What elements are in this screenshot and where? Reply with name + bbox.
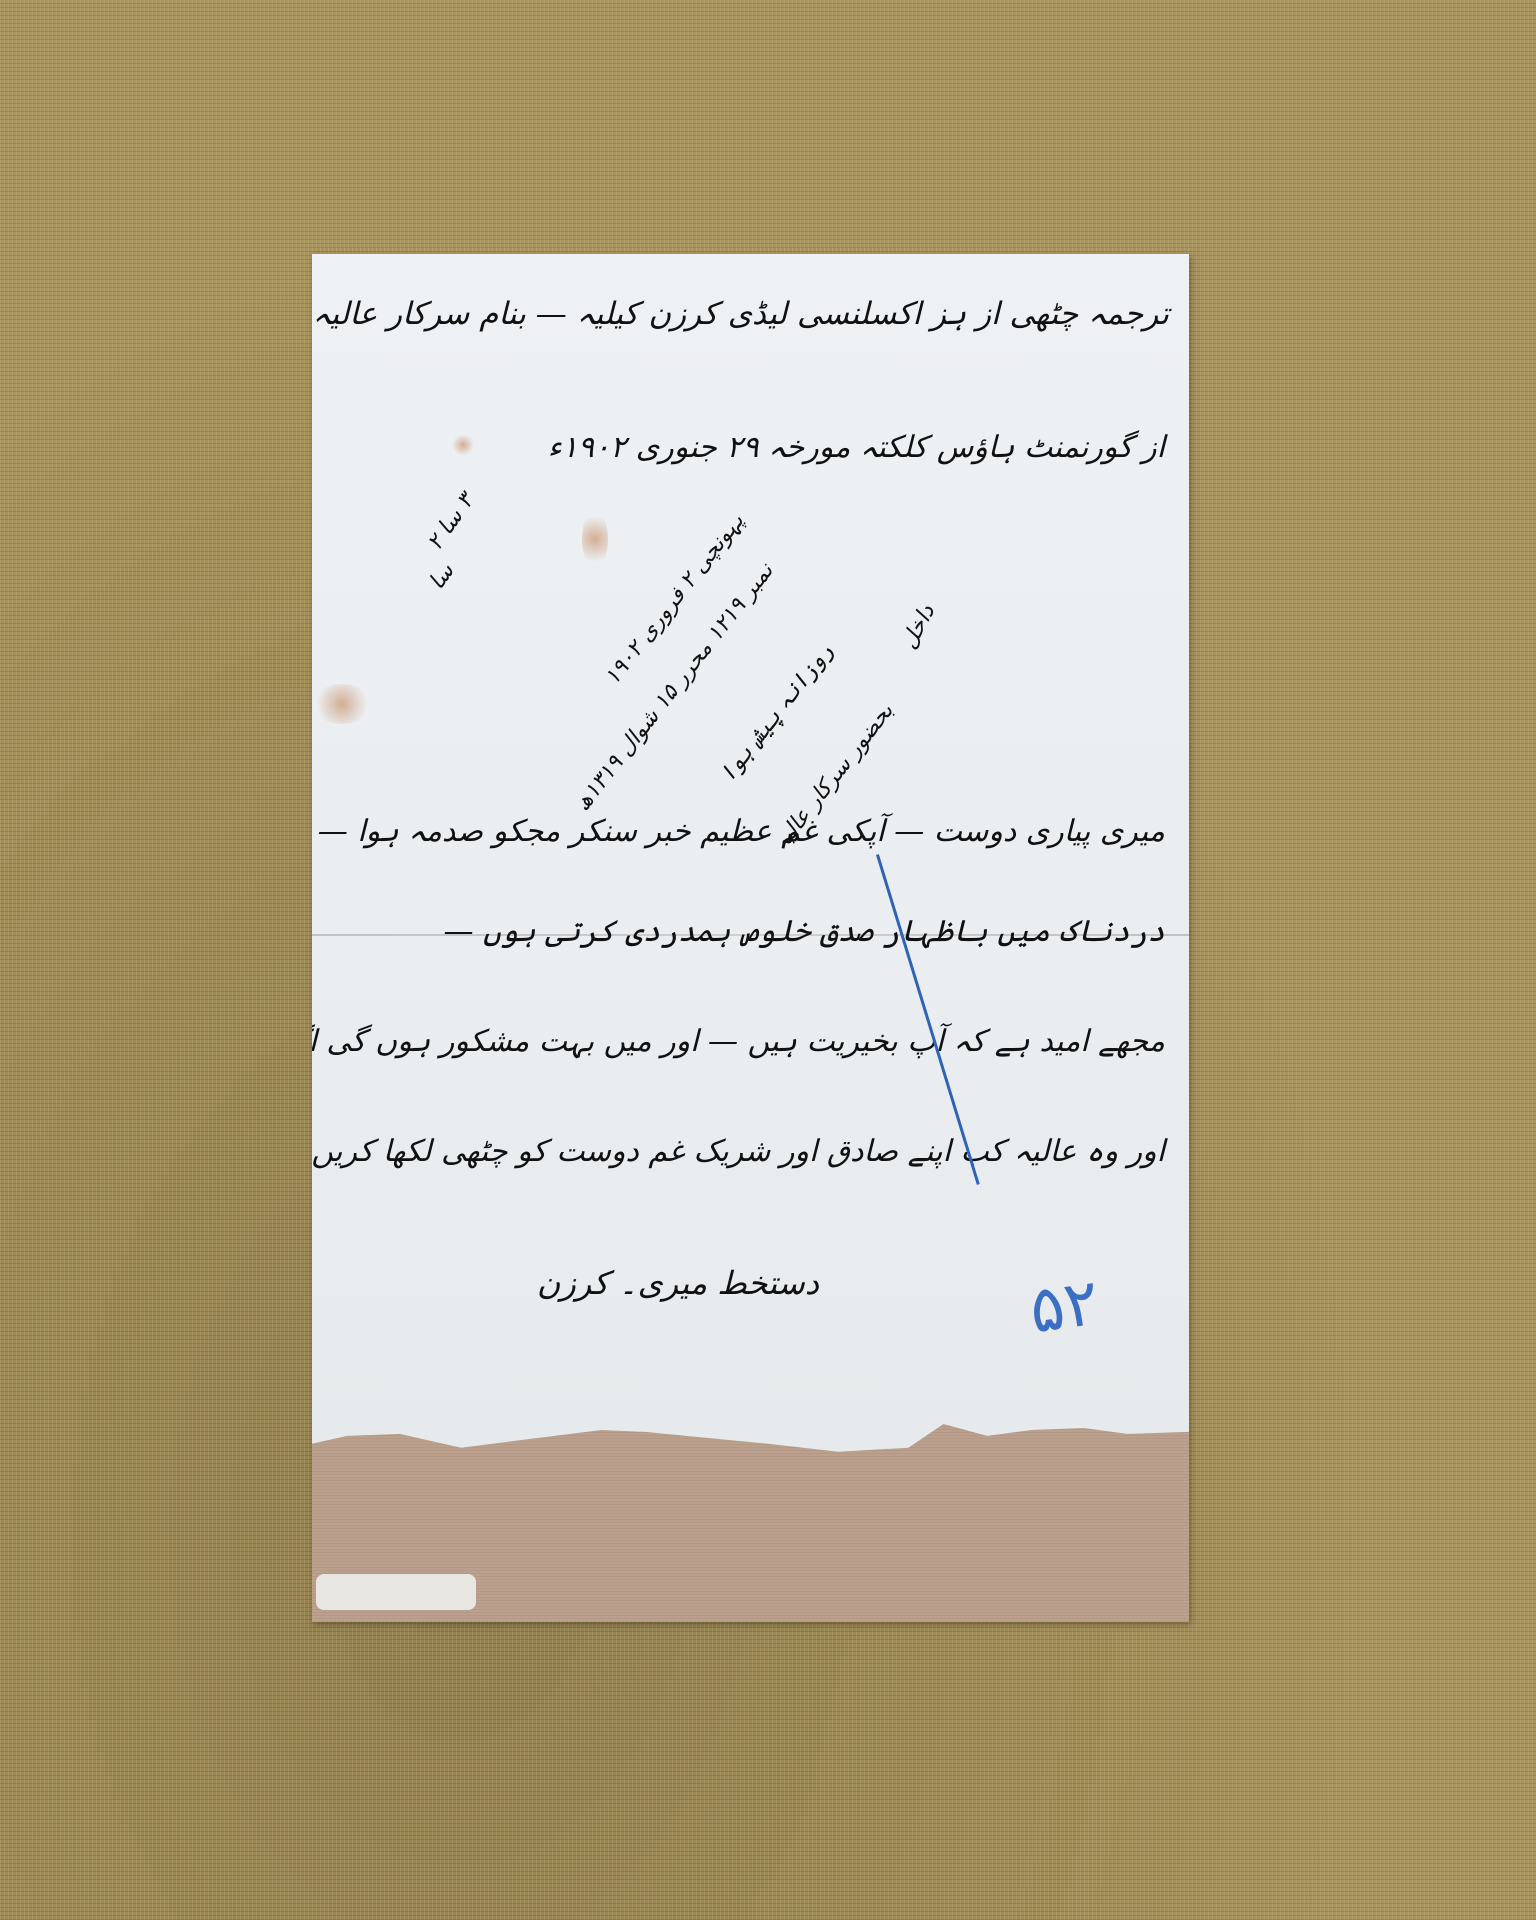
body-line-2: دردناک میں باظہار صدق خلوص ہمدردی کرتی ہ… (443, 914, 1165, 949)
signature: دستخط میری۔ کرزن (537, 1264, 819, 1302)
header-line-1: ترجمہ چٹھی از ہز اکسلنسی لیڈی کرزن کیلیہ… (312, 296, 1169, 332)
rust-stain (312, 684, 372, 724)
margin-note-right: داخل (896, 601, 940, 654)
torn-paper-remnant (316, 1574, 476, 1610)
blue-folio-number: ۵۲ (1025, 1266, 1103, 1349)
header-line-2: از گورنمنٹ ہاؤس کلکتہ مورخہ ۲۹ جنوری ۱۹۰… (548, 430, 1165, 465)
rust-stain (452, 434, 474, 456)
margin-note-left-2: سا (424, 559, 459, 594)
margin-note-3: روزانہ پیش ہوا (715, 639, 839, 787)
letter-paper: ترجمہ چٹھی از ہز اکسلنسی لیڈی کرزن کیلیہ… (312, 254, 1189, 1622)
body-line-1: میری پیاری دوست — آپکی غم عظیم خبر سنکر … (312, 814, 1165, 849)
rust-stain (582, 509, 608, 569)
body-line-3: مجھے امید ہے کہ آپ بخیریت ہیں — اور میں … (312, 1024, 1165, 1059)
body-line-4: اور وہ عالیہ کب اپنے صادق اور شریک غم دو… (312, 1134, 1165, 1169)
margin-note-left-1: ۳ سا ۲ (423, 489, 479, 555)
